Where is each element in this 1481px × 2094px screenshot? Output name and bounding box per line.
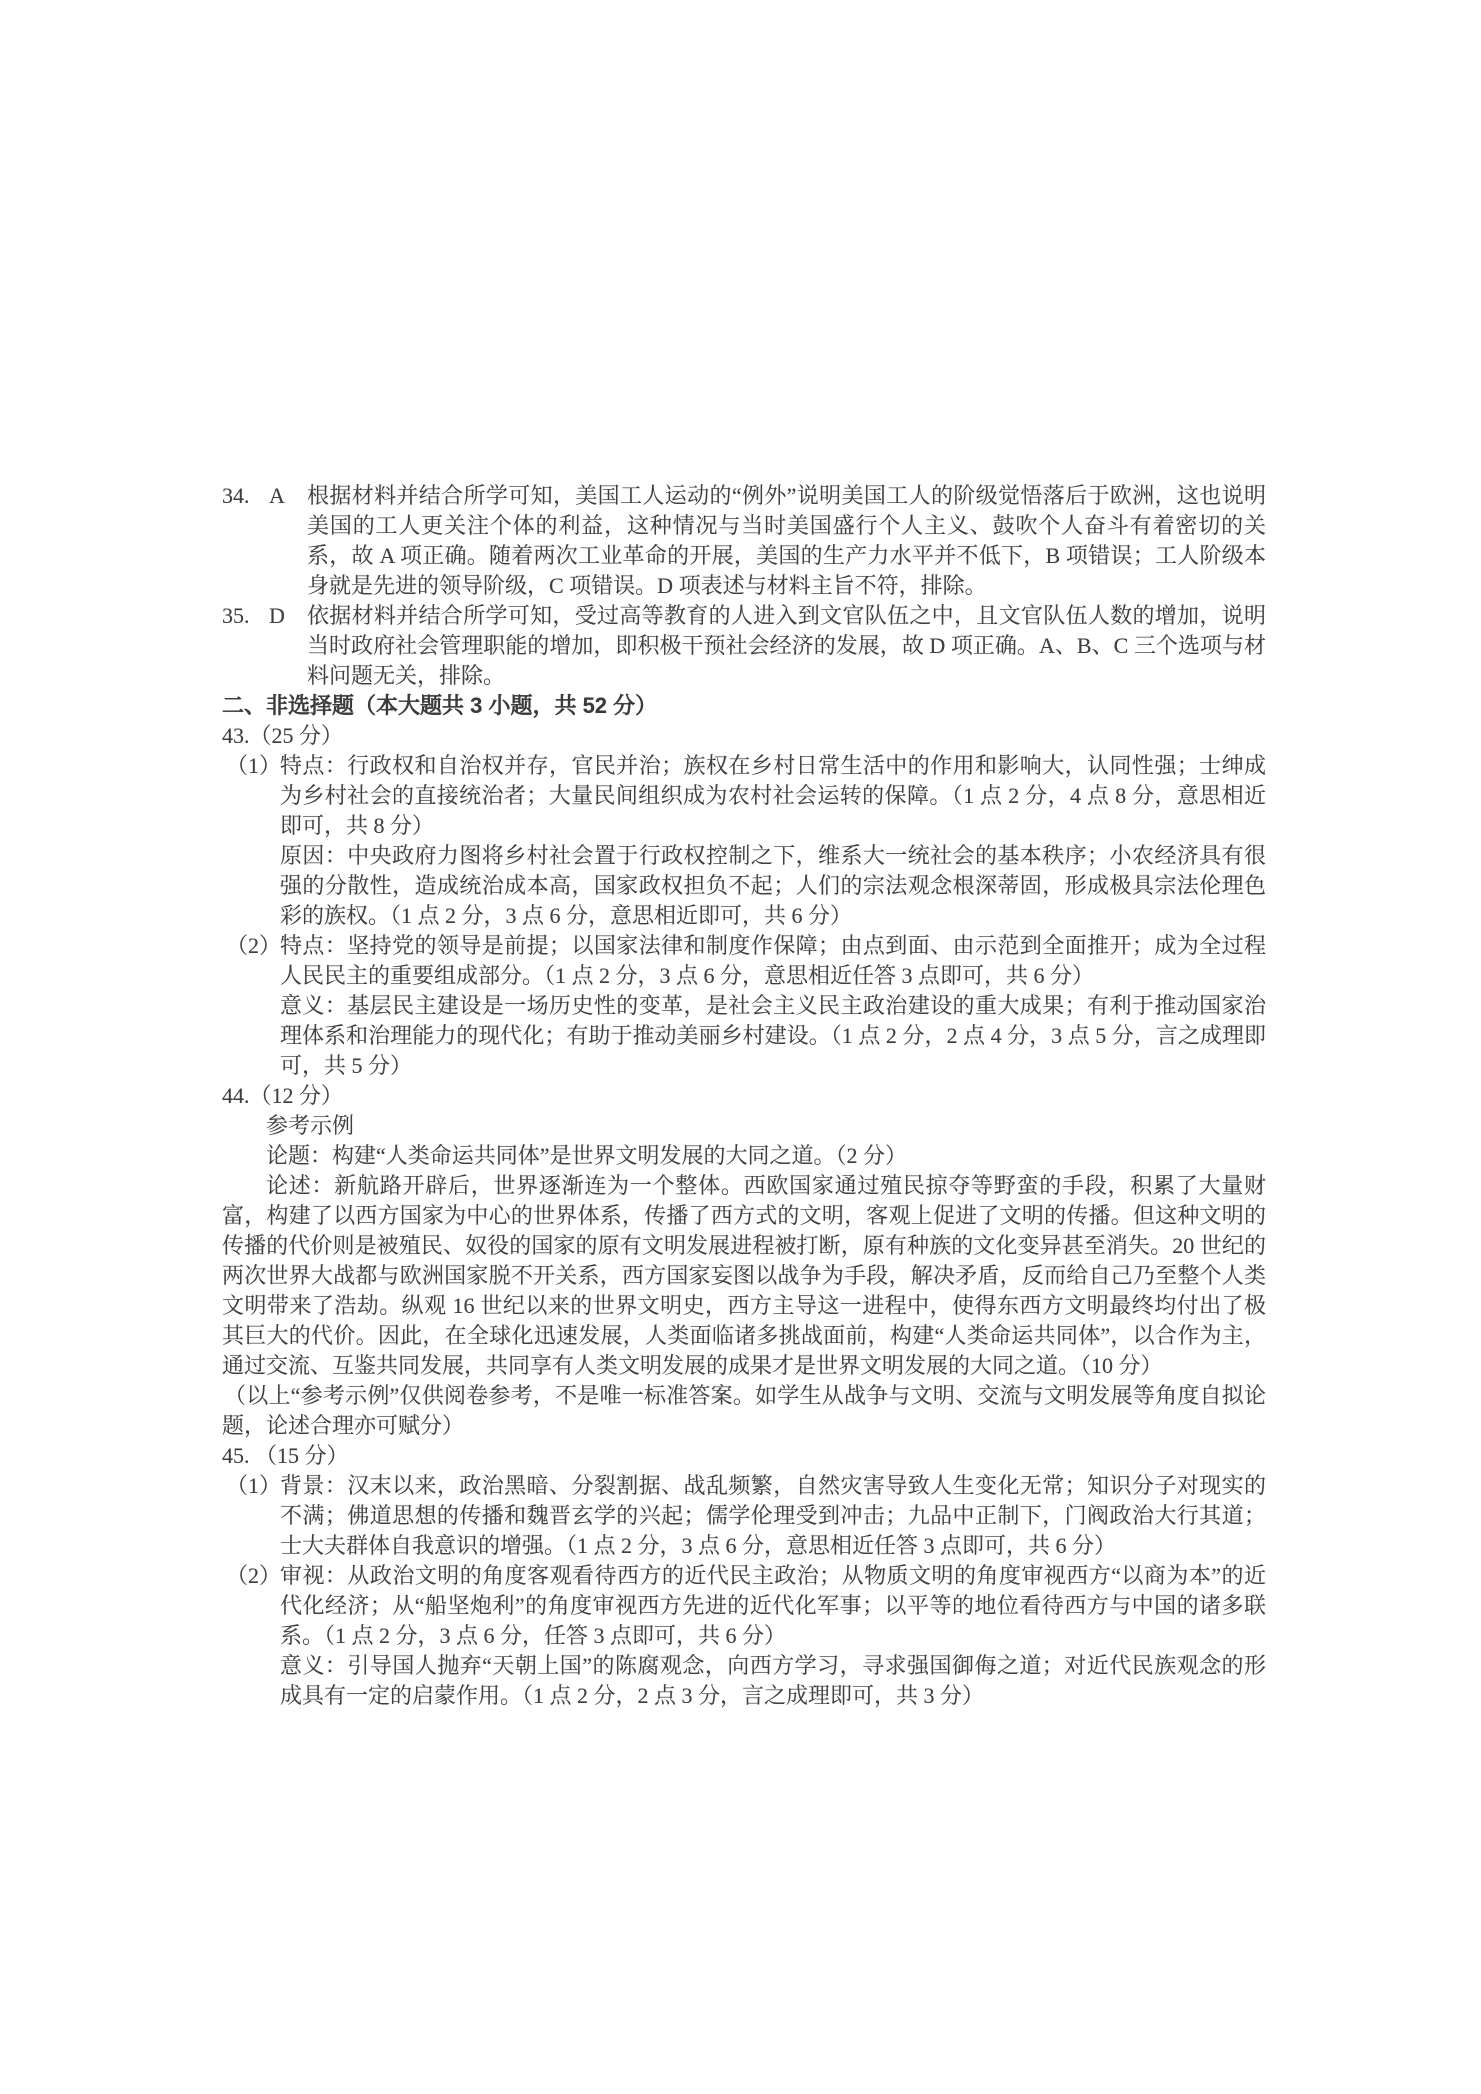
- question-45-part-2: （2）审视：从政治文明的角度客观看待西方的近代民主政治；从物质文明的角度审视西方…: [222, 1561, 1266, 1711]
- question-43-part-2-paragraphs: 特点：坚持党的领导是前提；以国家法律和制度作保障；由点到面、由示范到全面推开；成…: [280, 931, 1266, 1081]
- question-45-part-1: （1）背景：汉末以来，政治黑暗、分裂割据、战乱频繁，自然灾害导致人生变化无常；知…: [222, 1471, 1266, 1561]
- section-2-header: 二、非选择题（本大题共 3 小题，共 52 分）: [222, 691, 1266, 721]
- explanation-text: 根据材料并结合所学可知，美国工人运动的“例外”说明美国工人的阶级觉悟落后于欧洲，…: [307, 483, 1266, 598]
- question-45-part-2-paragraph-1: 审视：从政治文明的角度客观看待西方的近代民主政治；从物质文明的角度审视西方“以商…: [280, 1561, 1266, 1651]
- question-45-part-2-paragraphs: 审视：从政治文明的角度客观看待西方的近代民主政治；从物质文明的角度审视西方“以商…: [280, 1561, 1266, 1711]
- question-45-part-2-paragraph-2: 意义：引导国人抛弃“天朝上国”的陈腐观念，向西方学习，寻求强国御侮之道；对近代民…: [280, 1651, 1266, 1711]
- question-44-example-label: 参考示例: [222, 1111, 1266, 1141]
- question-44-argument: 论述：新航路开辟后，世界逐渐连为一个整体。西欧国家通过殖民掠夺等野蛮的手段，积累…: [222, 1171, 1266, 1381]
- question-44-grading-note: （以上“参考示例”仅供阅卷参考，不是唯一标准答案。如学生从战争与文明、交流与文明…: [222, 1381, 1266, 1441]
- answer-key-text-block: 34.A根据材料并结合所学可知，美国工人运动的“例外”说明美国工人的阶级觉悟落后…: [222, 481, 1266, 1711]
- question-44-header: 44.（12 分）: [222, 1081, 1266, 1111]
- choice-answer-35: 35.D依据材料并结合所学可知，受过高等教育的人进入到文官队伍之中，且文官队伍人…: [222, 601, 1266, 691]
- question-number: 34.: [222, 481, 250, 511]
- question-45-part-1-paragraph-1: 背景：汉末以来，政治黑暗、分裂割据、战乱频繁，自然灾害导致人生变化无常；知识分子…: [280, 1471, 1266, 1561]
- subitem-marker: （2）: [226, 931, 281, 961]
- question-43-part-2-paragraph-2: 意义：基层民主建设是一场历史性的变革，是社会主义民主政治建设的重大成果；有利于推…: [280, 991, 1266, 1081]
- subitem-marker: （2）: [226, 1561, 281, 1591]
- question-45-part-1-paragraphs: 背景：汉末以来，政治黑暗、分裂割据、战乱频繁，自然灾害导致人生变化无常；知识分子…: [280, 1471, 1266, 1561]
- answer-letter: A: [269, 481, 285, 511]
- question-43-part-2-paragraph-1: 特点：坚持党的领导是前提；以国家法律和制度作保障；由点到面、由示范到全面推开；成…: [280, 931, 1266, 991]
- scanned-answer-key-page: 34.A根据材料并结合所学可知，美国工人运动的“例外”说明美国工人的阶级觉悟落后…: [0, 0, 1481, 2094]
- question-43-part-1-paragraphs: 特点：行政权和自治权并存，官民并治；族权在乡村日常生活中的作用和影响大，认同性强…: [280, 751, 1266, 931]
- question-43-part-1: （1）特点：行政权和自治权并存，官民并治；族权在乡村日常生活中的作用和影响大，认…: [222, 751, 1266, 931]
- question-43-part-1-paragraph-1: 特点：行政权和自治权并存，官民并治；族权在乡村日常生活中的作用和影响大，认同性强…: [280, 751, 1266, 841]
- answer-letter: D: [269, 601, 285, 631]
- question-44-thesis: 论题：构建“人类命运共同体”是世界文明发展的大同之道。（2 分）: [222, 1141, 1266, 1171]
- explanation-text: 依据材料并结合所学可知，受过高等教育的人进入到文官队伍之中，且文官队伍人数的增加…: [307, 603, 1266, 688]
- subitem-marker: （1）: [226, 1471, 281, 1501]
- question-45-header: 45. （15 分）: [222, 1441, 1266, 1471]
- question-43-part-1-paragraph-2: 原因：中央政府力图将乡村社会置于行政权控制之下，维系大一统社会的基本秩序；小农经…: [280, 841, 1266, 931]
- choice-answer-34: 34.A根据材料并结合所学可知，美国工人运动的“例外”说明美国工人的阶级觉悟落后…: [222, 481, 1266, 601]
- question-number: 35.: [222, 601, 250, 631]
- question-43-header: 43.（25 分）: [222, 721, 1266, 751]
- subitem-marker: （1）: [226, 751, 281, 781]
- question-43-part-2: （2）特点：坚持党的领导是前提；以国家法律和制度作保障；由点到面、由示范到全面推…: [222, 931, 1266, 1081]
